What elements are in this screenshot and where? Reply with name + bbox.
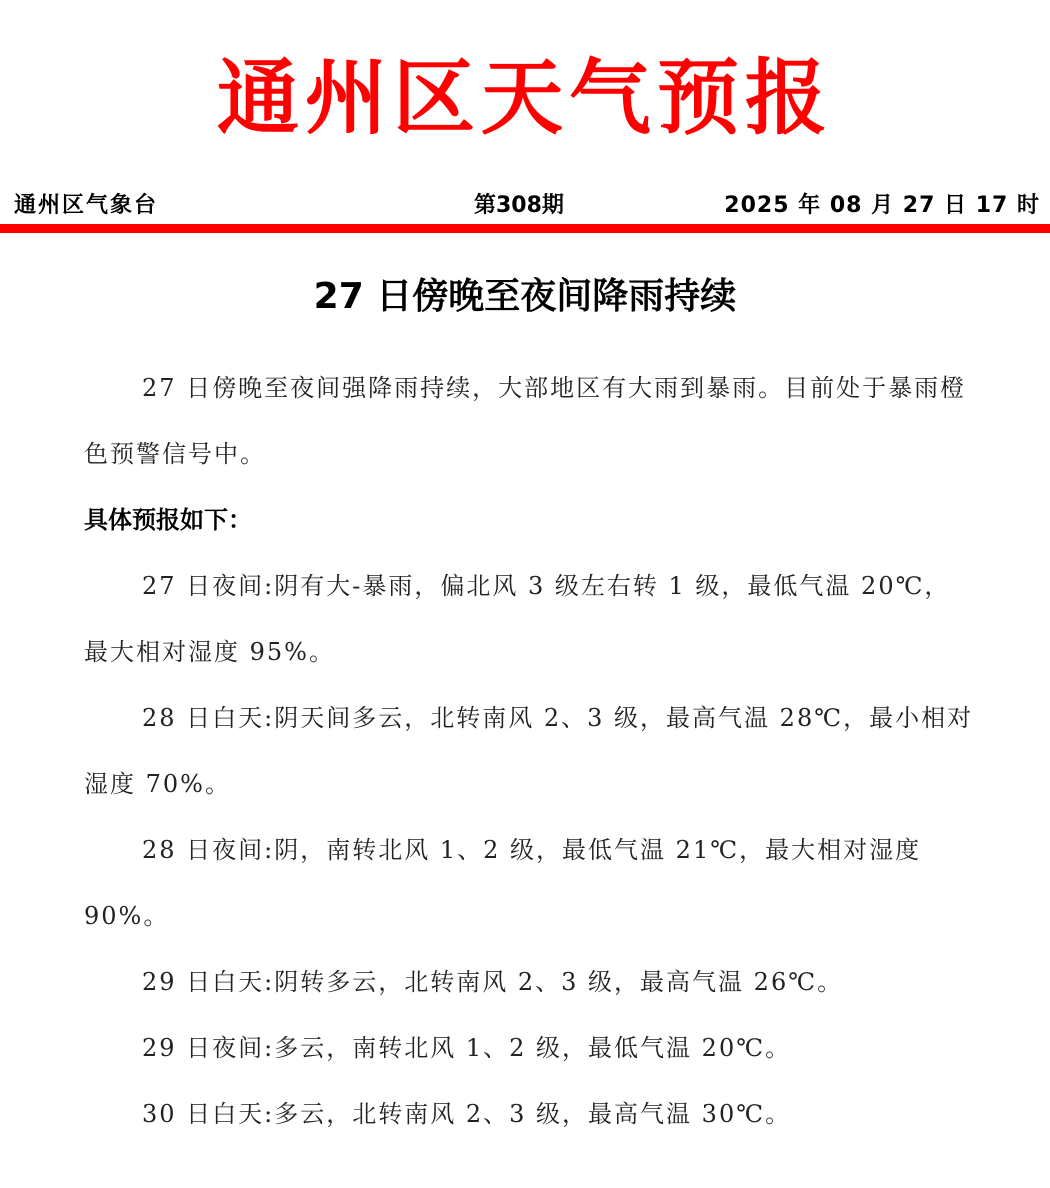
forecast-item: 27 日夜间:阴有大-暴雨，偏北风 3 级左右转 1 级，最低气温 20℃，最大… [84,553,974,685]
forecast-item: 29 日白天:阴转多云，北转南风 2、3 级，最高气温 26℃。 [84,949,974,1015]
issuing-organization: 通州区气象台 [14,188,158,219]
red-divider [0,224,1050,233]
forecast-item: 30 日白天:多云，北转南风 2、3 级，最高气温 30℃。 [84,1081,974,1147]
report-body: 27 日傍晚至夜间强降雨持续，大部地区有大雨到暴雨。目前处于暴雨橙色预警信号中。… [84,355,974,1147]
masthead-title: 通州区天气预报 [0,48,1050,148]
forecast-item: 28 日白天:阴天间多云，北转南风 2、3 级，最高气温 28℃，最小相对湿度 … [84,685,974,817]
forecast-item: 28 日夜间:阴，南转北风 1、2 级，最低气温 21℃，最大相对湿度 90%。 [84,817,974,949]
forecast-heading: 具体预报如下： [84,487,974,553]
issue-number: 第308期 [474,188,564,219]
headline: 27 日傍晚至夜间降雨持续 [0,268,1050,319]
issue-datetime: 2025 年 08 月 27 日 17 时 [724,188,1040,219]
forecast-item: 29 日夜间:多云，南转北风 1、2 级，最低气温 20℃。 [84,1015,974,1081]
summary-paragraph: 27 日傍晚至夜间强降雨持续，大部地区有大雨到暴雨。目前处于暴雨橙色预警信号中。 [84,355,974,487]
issue-bar: 通州区气象台 第308期 2025 年 08 月 27 日 17 时 [0,184,1050,220]
